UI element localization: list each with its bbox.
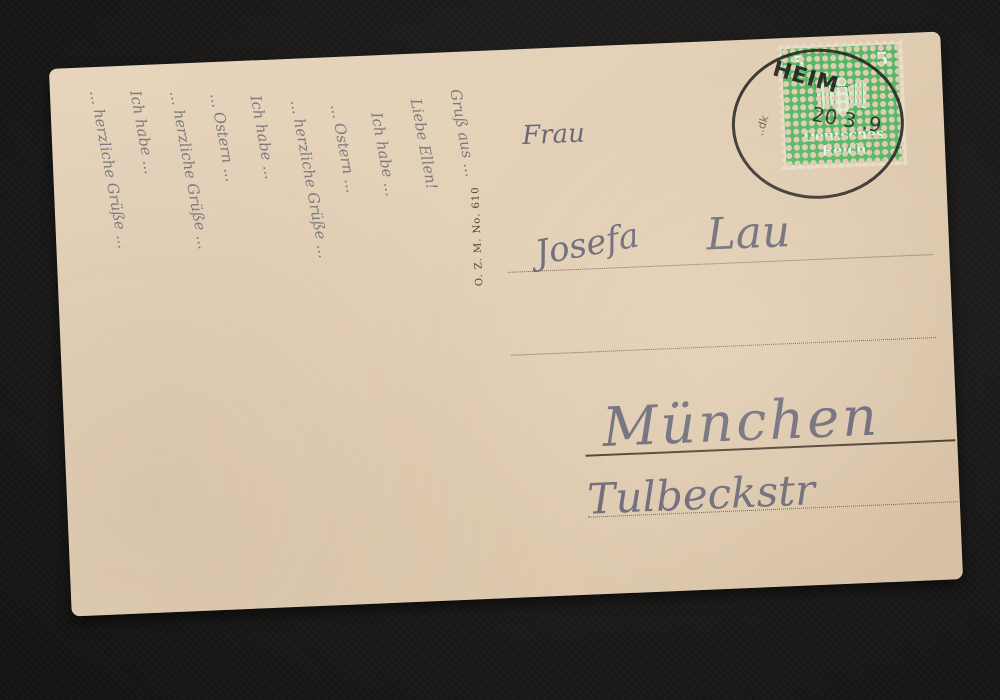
message-line: Gruß aus ...: [446, 88, 480, 179]
message-greeting: Liebe Ellen!: [407, 97, 441, 191]
handwritten-message-area: Gruß aus ... Liebe Ellen! Ich habe ... .…: [64, 66, 515, 599]
message-line: ... herzliche Grüße ...: [86, 89, 133, 250]
address-line-2: [511, 337, 936, 356]
address-first-name: Josefa: [532, 215, 642, 273]
address-salutation: Frau: [522, 119, 586, 152]
message-line: Ich habe ...: [367, 111, 400, 198]
message-line: ... Ostern ...: [327, 103, 361, 195]
message-line: ... herzliche Grüße ...: [166, 89, 213, 250]
address-last-name: Lau: [705, 206, 791, 260]
message-line: Ich habe ...: [246, 94, 279, 181]
message-line: ... Ostern ...: [206, 92, 240, 184]
postcard: Gruß aus ... Liebe Ellen! Ich habe ... .…: [49, 32, 963, 617]
message-line: ... herzliche Grüße ...: [287, 98, 334, 259]
message-line: Ich habe ...: [126, 89, 159, 176]
stamp-value-right: 5: [875, 49, 888, 71]
